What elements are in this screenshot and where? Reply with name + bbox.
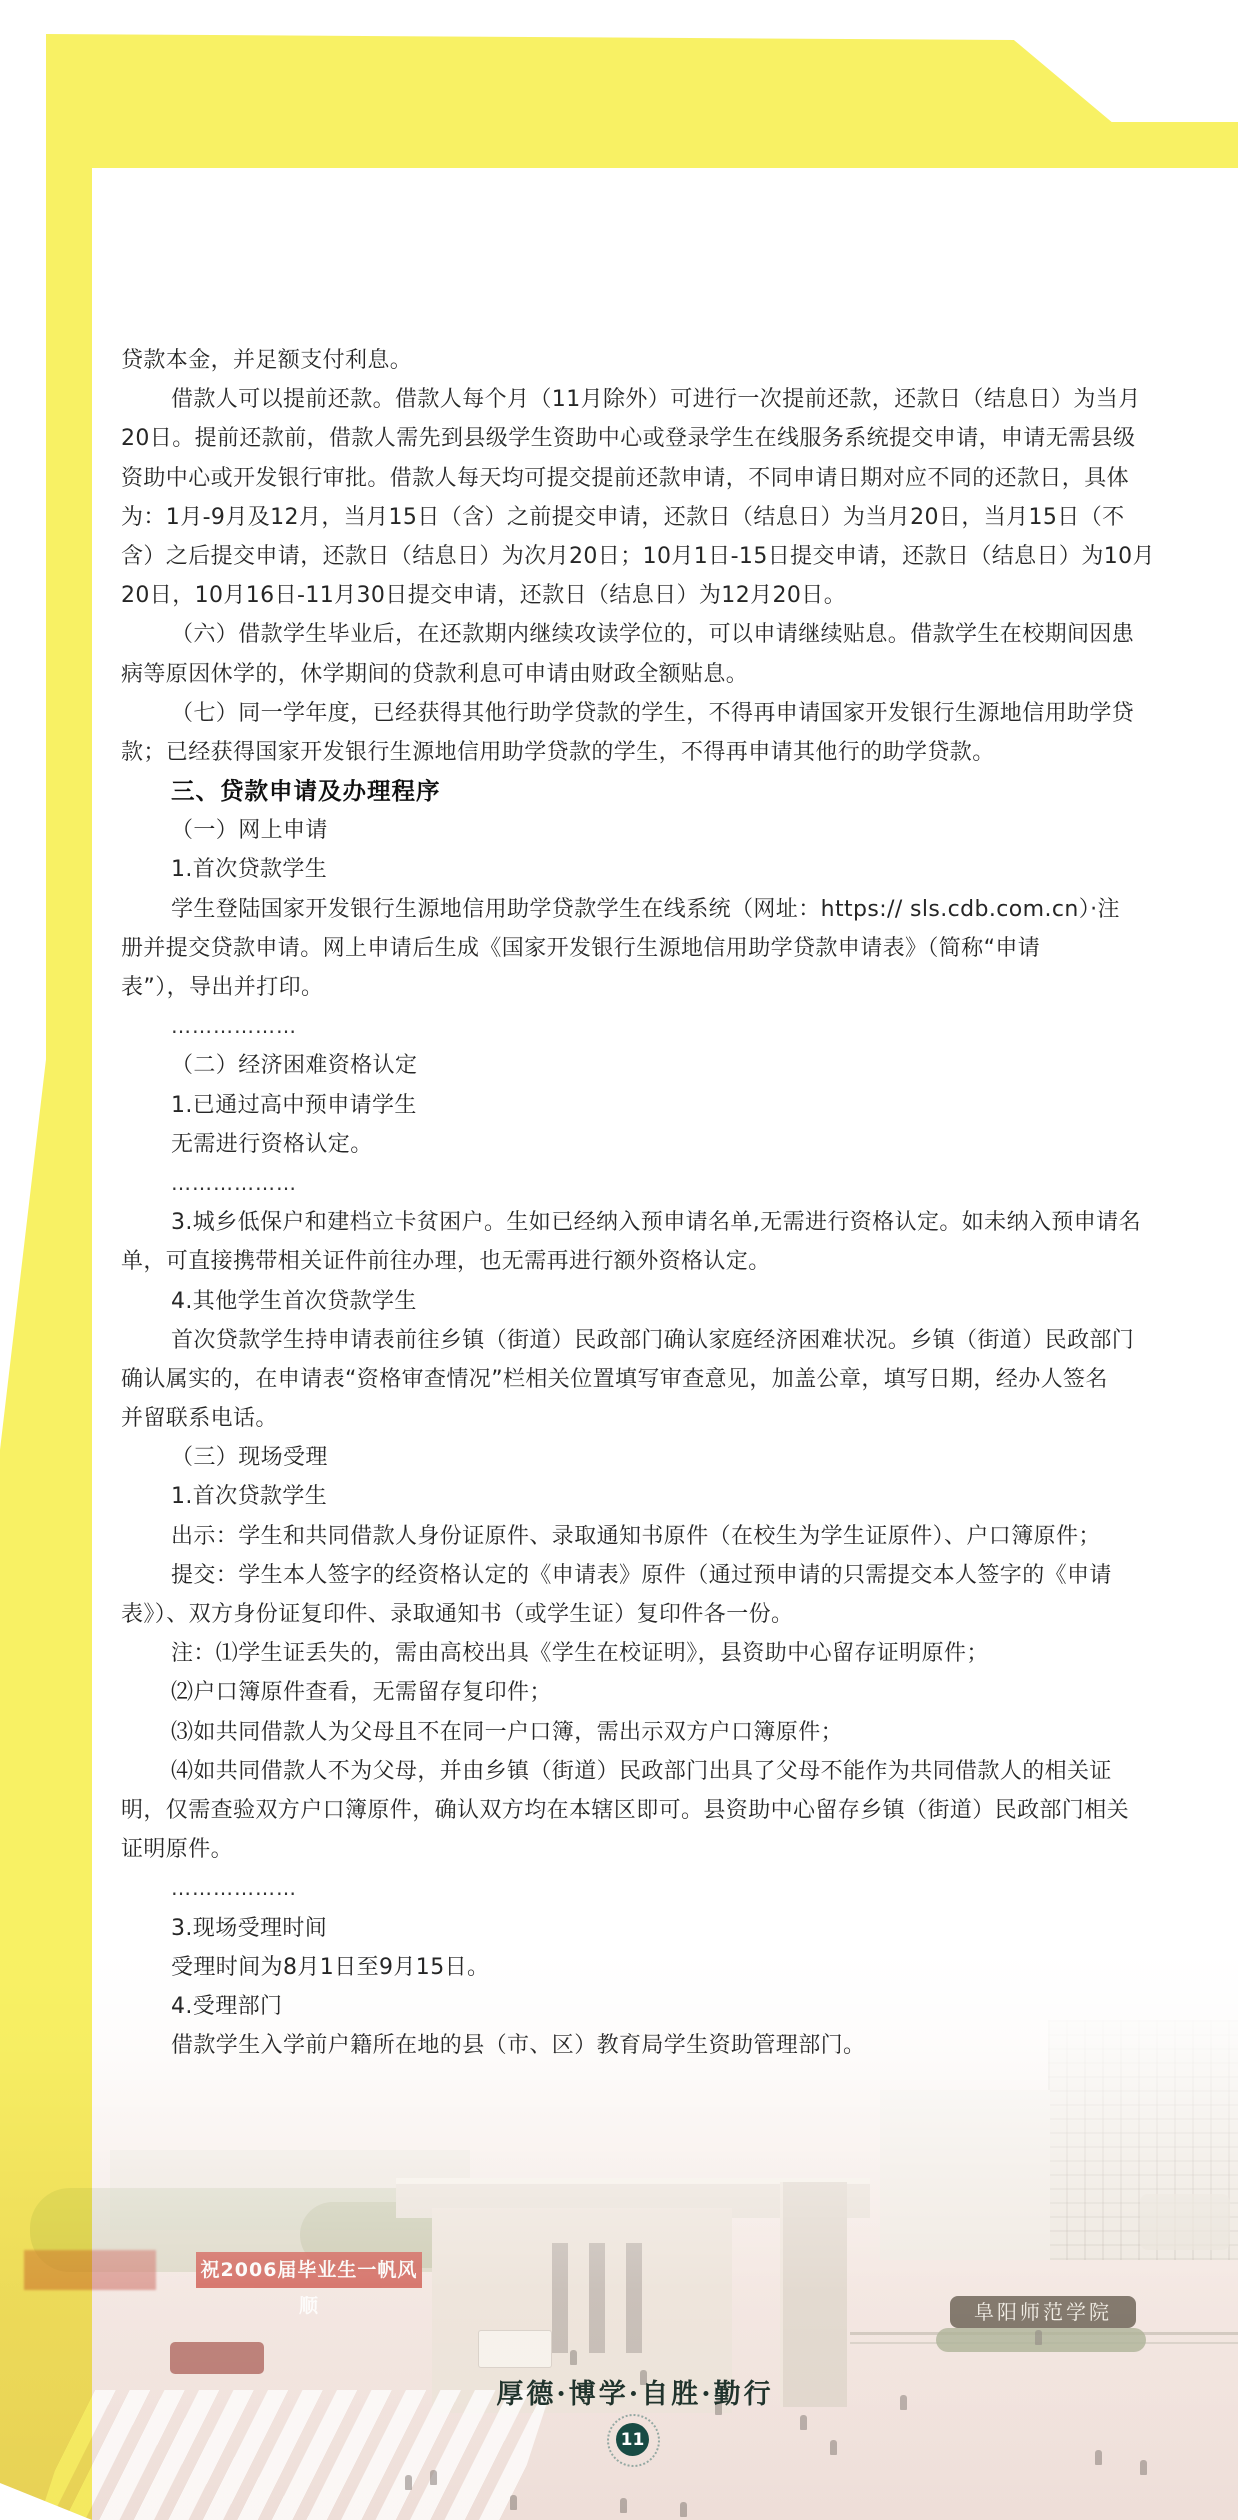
text-line: 册并提交贷款申请。网上申请后生成《国家开发银行生源地信用助学贷款申请表》（简称“… [121, 929, 1133, 968]
text-line: 资助中心或开发银行审批。借款人每天均可提交提前还款申请，不同申请日期对应不同的还… [121, 459, 1133, 498]
text-line: （二）经济困难资格认定 [121, 1046, 1133, 1085]
text-line: 款；已经获得国家开发银行生源地信用助学贷款的学生，不得再申请其他行的助学贷款。 [121, 733, 1133, 772]
text-line: ……………… [121, 1164, 1133, 1203]
text-line: 三、贷款申请及办理程序 [121, 772, 1133, 811]
text-line: ⑶如共同借款人为父母且不在同一户口簿，需出示双方户口簿原件； [121, 1713, 1133, 1752]
text-line: ……………… [121, 1869, 1133, 1908]
text-line: 为：1月-9月及12月，当月15日（含）之前提交申请，还款日（结息日）为当月20… [121, 498, 1133, 537]
text-line: 含）之后提交申请，还款日（结息日）为次月20日；10月1日-15日提交申请，还款… [121, 537, 1133, 576]
text-line: ……………… [121, 1007, 1133, 1046]
body-text: 贷款本金，并足额支付利息。借款人可以提前还款。借款人每个月（11月除外）可进行一… [121, 341, 1133, 2065]
text-line: 贷款本金，并足额支付利息。 [121, 341, 1133, 380]
text-line: 表》）、双方身份证复印件、录取通知书（或学生证）复印件各一份。 [121, 1595, 1133, 1634]
text-line: 4.受理部门 [121, 1987, 1133, 2026]
yellow-left-column [0, 168, 92, 2520]
text-line: （一）网上申请 [121, 811, 1133, 850]
text-line: 出示：学生和共同借款人身份证原件、录取通知书原件（在校生为学生证原件）、户口簿原… [121, 1517, 1133, 1556]
text-line: 4.其他学生首次贷款学生 [121, 1282, 1133, 1321]
page-number: 11 [616, 2423, 649, 2456]
text-line: 证明原件。 [121, 1830, 1133, 1869]
yellow-top-band [46, 34, 1238, 168]
text-line: 单，可直接携带相关证件前往办理，也无需再进行额外资格认定。 [121, 1242, 1133, 1281]
text-line: 受理时间为8月1日至9月15日。 [121, 1948, 1133, 1987]
text-line: 病等原因休学的，休学期间的贷款利息可申请由财政全额贴息。 [121, 655, 1133, 694]
text-line: 并留联系电话。 [121, 1399, 1133, 1438]
document-page: 祝2006届毕业生一帆风顺 阜阳师范学院 贷款本金，并足额支付利息。借款人可以提… [0, 0, 1238, 2520]
text-line: 1.已通过高中预申请学生 [121, 1086, 1133, 1125]
school-motto: 厚德·博学·自胜·勤行 [440, 2378, 830, 2412]
text-line: 学生登陆国家开发银行生源地信用助学贷款学生在线系统（网址：https:// sl… [121, 890, 1133, 929]
text-line: 借款人可以提前还款。借款人每个月（11月除外）可进行一次提前还款，还款日（结息日… [121, 380, 1133, 419]
text-line: ⑵户口簿原件查看，无需留存复印件； [121, 1673, 1133, 1712]
text-line: 3.现场受理时间 [121, 1909, 1133, 1948]
text-line: 1.首次贷款学生 [121, 850, 1133, 889]
text-line: 无需进行资格认定。 [121, 1125, 1133, 1164]
text-line: （六）借款学生毕业后，在还款期内继续攻读学位的，可以申请继续贴息。借款学生在校期… [121, 615, 1133, 654]
text-line: 注：⑴学生证丢失的，需由高校出具《学生在校证明》，县资助中心留存证明原件； [121, 1634, 1133, 1673]
text-line: 20日，10月16日-11月30日提交申请，还款日（结息日）为12月20日。 [121, 576, 1133, 615]
text-line: 1.首次贷款学生 [121, 1477, 1133, 1516]
text-line: ⑷如共同借款人不为父母，并由乡镇（街道）民政部门出具了父母不能作为共同借款人的相… [121, 1752, 1133, 1791]
text-line: 借款学生入学前户籍所在地的县（市、区）教育局学生资助管理部门。 [121, 2026, 1133, 2065]
text-line: 明，仅需查验双方户口簿原件，确认双方均在本辖区即可。县资助中心留存乡镇（街道）民… [121, 1791, 1133, 1830]
text-line: 表”），导出并打印。 [121, 968, 1133, 1007]
text-line: 提交：学生本人签字的经资格认定的《申请表》原件（通过预申请的只需提交本人签字的《… [121, 1556, 1133, 1595]
text-line: 3.城乡低保户和建档立卡贫困户。生如已经纳入预申请名单,无需进行资格认定。如未纳… [121, 1203, 1133, 1242]
text-line: 20日。提前还款前，借款人需先到县级学生资助中心或登录学生在线服务系统提交申请，… [121, 419, 1133, 458]
text-line: 首次贷款学生持申请表前往乡镇（街道）民政部门确认家庭经济困难状况。乡镇（街道）民… [121, 1321, 1133, 1360]
text-line: （三）现场受理 [121, 1438, 1133, 1477]
text-line: 确认属实的，在申请表“资格审查情况”栏相关位置填写审查意见，加盖公章，填写日期，… [121, 1360, 1133, 1399]
text-line: （七）同一学年度，已经获得其他行助学贷款的学生，不得再申请国家开发银行生源地信用… [121, 694, 1133, 733]
